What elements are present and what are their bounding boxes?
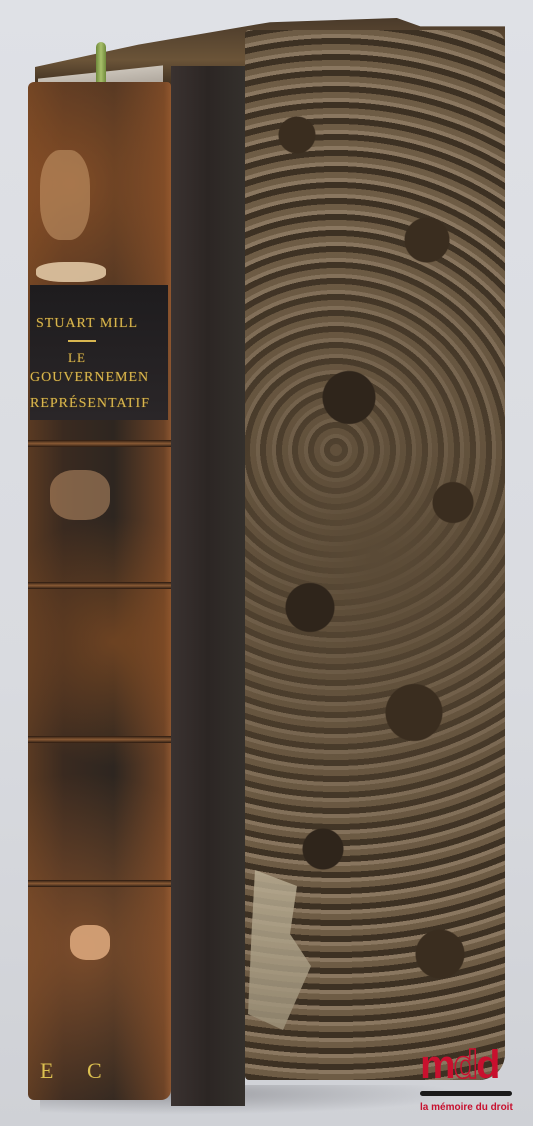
spine-title-line-1: LE <box>68 350 86 366</box>
book-photo: STUART MILL LE GOUVERNEMEN REPRÉSENTATIF… <box>0 0 533 1126</box>
worn-spot <box>40 150 90 240</box>
spine-raised-band <box>28 582 171 589</box>
spine-title-line-2: GOUVERNEMEN <box>30 370 149 386</box>
worn-spot <box>70 925 110 960</box>
logo-mark: mdd <box>420 1045 525 1085</box>
logo-bar <box>420 1091 512 1096</box>
worn-spot <box>50 470 110 520</box>
spine-raised-band <box>28 880 171 887</box>
leather-hinge-strip <box>171 66 245 1106</box>
mdd-logo: mdd la mémoire du droit <box>420 1045 525 1120</box>
logo-tagline: la mémoire du droit <box>420 1102 525 1113</box>
gilt-rule <box>68 340 96 342</box>
worn-spot <box>36 262 106 282</box>
spine-initials: E C <box>40 1058 116 1084</box>
spine-raised-band <box>28 736 171 743</box>
spine-title-line-3: REPRÉSENTATIF <box>30 396 150 412</box>
spine-author: STUART MILL <box>36 316 138 332</box>
spine-raised-band <box>28 440 171 447</box>
